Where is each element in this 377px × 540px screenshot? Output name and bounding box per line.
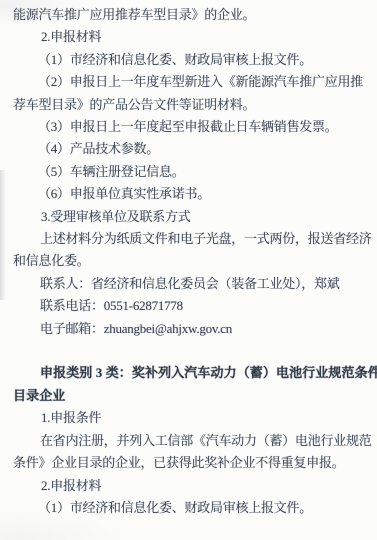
text-line: 1.申报条件 [13,407,373,429]
text-line: 上述材料分为纸质文件和电子光盘，一式两份，报送省经济 [13,228,373,250]
text-line: 2.申报材料 [13,475,373,497]
text-line: 申报类别 3 类：奖补列入汽车动力（蓄）电池行业规范条件 [13,362,373,384]
text-line: 荐车型目录》的产品公告文件等证明材料。 [13,94,373,116]
text-line: （4）产品技术参数。 [13,138,373,160]
text-line: （5）车辆注册登记信息。 [13,161,373,183]
text-line: 联系人：省经济和信息化委员会（装备工业处），郑斌 [13,273,373,295]
text-line: （3）申报日上一年度起至申报截止日车辆销售发票。 [13,116,373,138]
text-line: 在省内注册，并列入工信部《汽车动力（蓄）电池行业规范 [13,430,373,452]
text-line: 3.受理审核单位及联系方式 [13,206,373,228]
text-line: 能源汽车推广应用推荐车型目录》的企业。 [13,4,373,26]
text-line: 目录企业 [13,385,373,407]
text-line: 2.申报材料 [13,26,373,48]
text-line: 电子邮箱：zhuangbei@ahjxw.gov.cn [13,318,373,340]
blank-line [13,340,373,362]
text-line: 和信息化委。 [13,250,373,272]
document-page: 能源汽车推广应用推荐车型目录》的企业。2.申报材料（1）市经济和信息化委、财政局… [0,0,377,540]
text-line: 条件》企业目录的企业，已获得此奖补企业不得重复申报。 [13,452,373,474]
text-line: （1）市经济和信息化委、财政局审核上报文件。 [13,49,373,71]
text-line: 联系电话：0551-62871778 [13,295,373,317]
text-line: （1）市经济和信息化委、财政局审核上报文件。 [13,497,373,519]
text-line: （2）申报日上一年度车型新进入《新能源汽车推广应用推 [13,71,373,93]
text-line: （6）申报单位真实性承诺书。 [13,183,373,205]
document-body: 能源汽车推广应用推荐车型目录》的企业。2.申报材料（1）市经济和信息化委、财政局… [13,4,373,519]
